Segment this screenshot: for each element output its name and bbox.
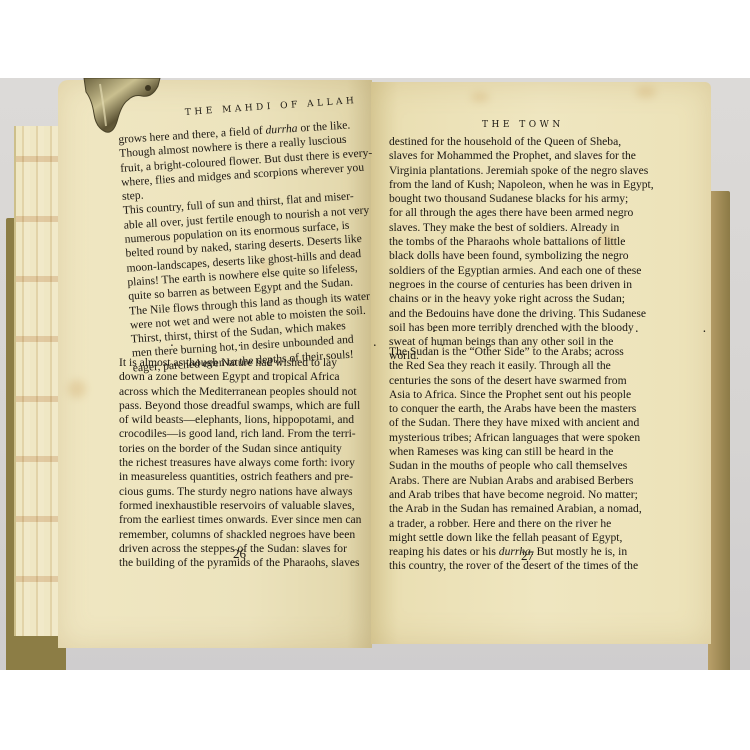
text-line: slaves. They make the best of soldiers. … <box>389 221 679 235</box>
text-line: cious gums. The sturdy negro nations hav… <box>119 485 381 499</box>
text-line: from the land of Kush; Napoleon, when he… <box>389 178 679 192</box>
text-line: driven across the steppes of the Sudan: … <box>119 542 381 556</box>
page-number-left: 26 <box>233 546 246 562</box>
text-line: Asia to Africa. Since the Prophet sent o… <box>389 388 679 402</box>
right-page-bottom-text: The Sudan is the “Other Side” to the Ara… <box>389 345 679 574</box>
text-line: the building of the pyramids of the Phar… <box>119 556 381 570</box>
text-line: the Red Sea they reach it easily. Throug… <box>389 359 679 373</box>
text-line: and the Bedouins have done the driving. … <box>389 307 679 321</box>
text-line: black dolls have been found, symbolizing… <box>389 249 679 263</box>
text-line: crocodiles—is good land, rich land. From… <box>119 427 381 441</box>
right-paragraph-2: The Sudan is the “Other Side” to the Ara… <box>389 345 679 574</box>
page-edges-stack <box>14 126 62 636</box>
left-page-bottom-text: It is almost as though Nature had wished… <box>119 356 381 570</box>
text-line: from the earliest times onwards. Ever si… <box>119 513 381 527</box>
text-line: Sudan in the mouths of people who call t… <box>389 459 679 473</box>
text-line: reaping his dates or his durrha. But mos… <box>389 545 679 559</box>
text-line: Virginia plantations. Jeremiah spoke of … <box>389 164 679 178</box>
text-line: slaves for Mohammed the Prophet, and sla… <box>389 149 679 163</box>
text-line: the richest treasures have always come f… <box>119 456 381 470</box>
left-paragraph-3: It is almost as though Nature had wished… <box>119 356 381 570</box>
text-line: destined for the household of the Queen … <box>389 135 679 149</box>
text-line: Arabs. There are Nubian Arabs and arabis… <box>389 474 679 488</box>
section-separator-right: . . . . . <box>432 321 736 335</box>
text-line: chains or in the heavy yoke right across… <box>389 292 679 306</box>
running-head-right: THE TOWN <box>482 120 564 130</box>
text-line: for all through the ages there have been… <box>389 206 679 220</box>
brass-page-clip-icon <box>82 78 162 134</box>
text-line: pass. Beyond those dreadful swamps, whic… <box>119 399 381 413</box>
text-line: in measureless quantities, ostrich feath… <box>119 470 381 484</box>
text-line: might settle down like the fellah peasan… <box>389 531 679 545</box>
text-line: to conquer the earth, the Arabs have bee… <box>389 402 679 416</box>
text-line: formed inexhaustible reservoirs of valua… <box>119 499 381 513</box>
text-line: the tombs of the Pharaohs whole battalio… <box>389 235 679 249</box>
text-line: down a zone between Egypt and tropical A… <box>119 370 381 384</box>
page-number-right: 27 <box>521 548 534 564</box>
text-line: and Arab tribes that have become negroid… <box>389 488 679 502</box>
text-line: this country, the rover of the desert of… <box>389 559 679 573</box>
text-line: soldiers of the Egyptian armies. And eac… <box>389 264 679 278</box>
text-line: across which the Mediterranean peoples s… <box>119 385 381 399</box>
text-line: when Rameses was king can still be heard… <box>389 445 679 459</box>
text-line: a trader, a robber. Here and there on th… <box>389 517 679 531</box>
text-line: tories on the border of the Sudan since … <box>119 442 381 456</box>
text-line: negroes in the course of centuries has b… <box>389 278 679 292</box>
text-line: of wild beasts—elephants, lions, hippopo… <box>119 413 381 427</box>
text-line: mysterious tribes; African languages tha… <box>389 431 679 445</box>
book-cover-right <box>708 191 730 670</box>
text-line: bought two thousand Sudanese blacks for … <box>389 192 679 206</box>
text-line: remember, columns of shackled negroes ha… <box>119 528 381 542</box>
text-line: the Arab in the Sudan has remained Arabi… <box>389 502 679 516</box>
text-line: of the Sudan. There they have mixed with… <box>389 416 679 430</box>
text-line: The Sudan is the “Other Side” to the Ara… <box>389 345 679 359</box>
text-line: It is almost as though Nature had wished… <box>119 356 381 370</box>
text-line: centuries the sons of the desert have sw… <box>389 374 679 388</box>
